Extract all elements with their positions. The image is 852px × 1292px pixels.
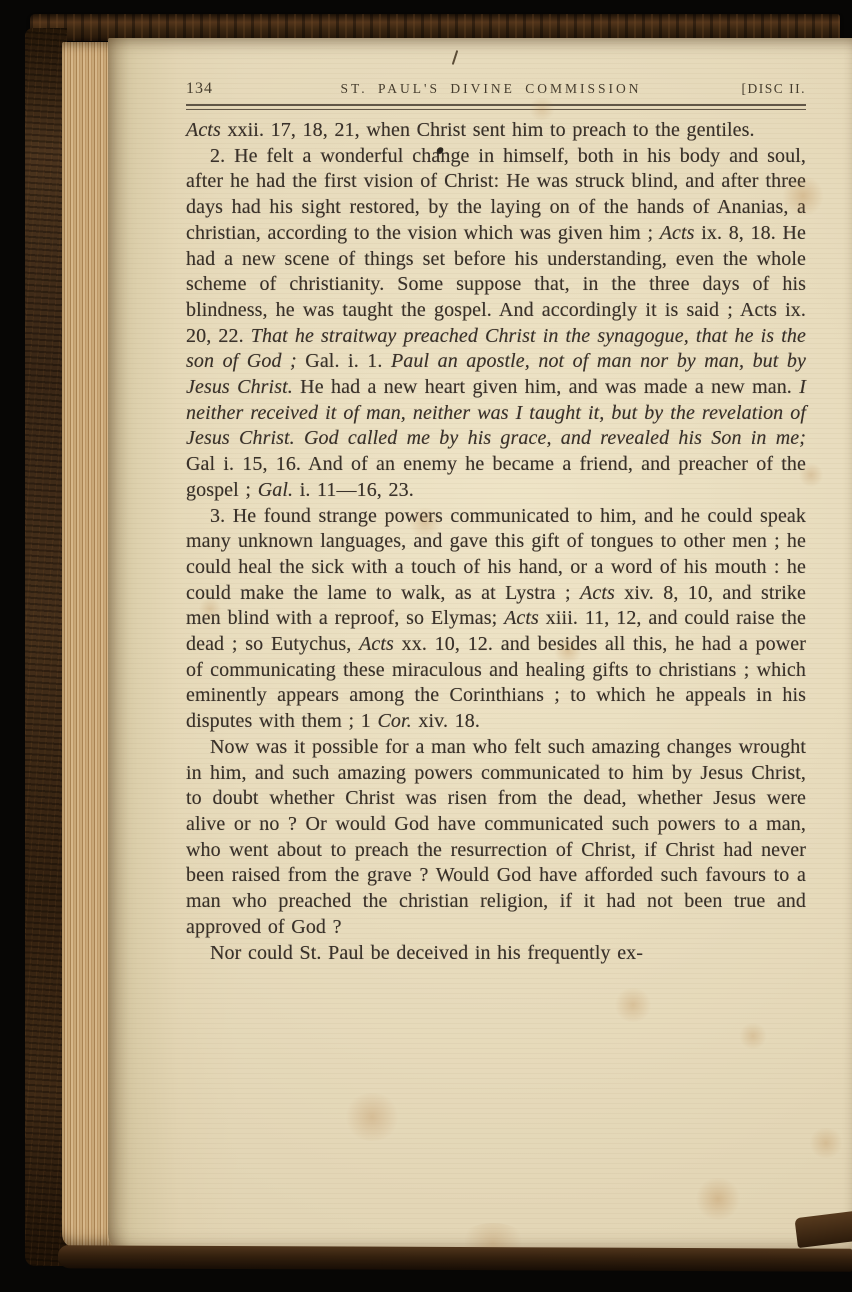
section-label: [DISC II. — [686, 81, 806, 97]
running-title: ST. PAUL'S DIVINE COMMISSION — [296, 81, 686, 97]
book-top-leather-edge — [30, 14, 840, 41]
scanned-book-photo: 134 ST. PAUL'S DIVINE COMMISSION [DISC I… — [0, 0, 852, 1292]
body-text-segment: Now was it possible for a man who felt s… — [186, 736, 806, 938]
scripture-citation: Acts — [186, 119, 227, 141]
book-page: 134 ST. PAUL'S DIVINE COMMISSION [DISC I… — [108, 38, 852, 1252]
body-text-segment: xiv. 18. — [412, 710, 480, 732]
body-text-segment: i. 11—16, 23. — [293, 479, 414, 501]
paragraph: Nor could St. Paul be deceived in his fr… — [186, 941, 806, 967]
page-number: 134 — [186, 80, 296, 98]
book-spine — [25, 28, 67, 1266]
paragraph: 3. He found strange powers communicated … — [186, 504, 806, 735]
paragraph: Now was it possible for a man who felt s… — [186, 735, 806, 941]
body-text-segment: xxii. 17, 18, 21, when Christ sent him t… — [227, 119, 754, 141]
page-text: Acts xxii. 17, 18, 21, when Christ sent … — [186, 118, 806, 1192]
scripture-citation: Acts — [580, 582, 615, 604]
page-stack-fore-edge — [62, 42, 114, 1248]
scripture-citation: Cor. — [377, 710, 411, 732]
scripture-citation: Acts — [660, 222, 695, 244]
paragraph: Acts xxii. 17, 18, 21, when Christ sent … — [186, 118, 806, 144]
foxing-spot — [808, 1128, 844, 1158]
body-text-segment: Nor could St. Paul be deceived in his fr… — [210, 942, 643, 964]
body-text-segment: He had a new heart given him, and was ma… — [293, 376, 799, 398]
body-text-segment: Gal. i. 1. — [297, 350, 391, 372]
header-rule — [186, 104, 806, 110]
scripture-citation: Gal. — [258, 479, 293, 501]
book-bottom-leather-edge — [58, 1245, 852, 1271]
scripture-citation: Acts — [359, 633, 394, 655]
paragraph: 2. He felt a wonderful change in himself… — [186, 144, 806, 504]
stray-ink-mark — [452, 50, 459, 65]
scripture-citation: Acts — [504, 607, 539, 629]
running-header: 134 ST. PAUL'S DIVINE COMMISSION [DISC I… — [186, 80, 806, 102]
